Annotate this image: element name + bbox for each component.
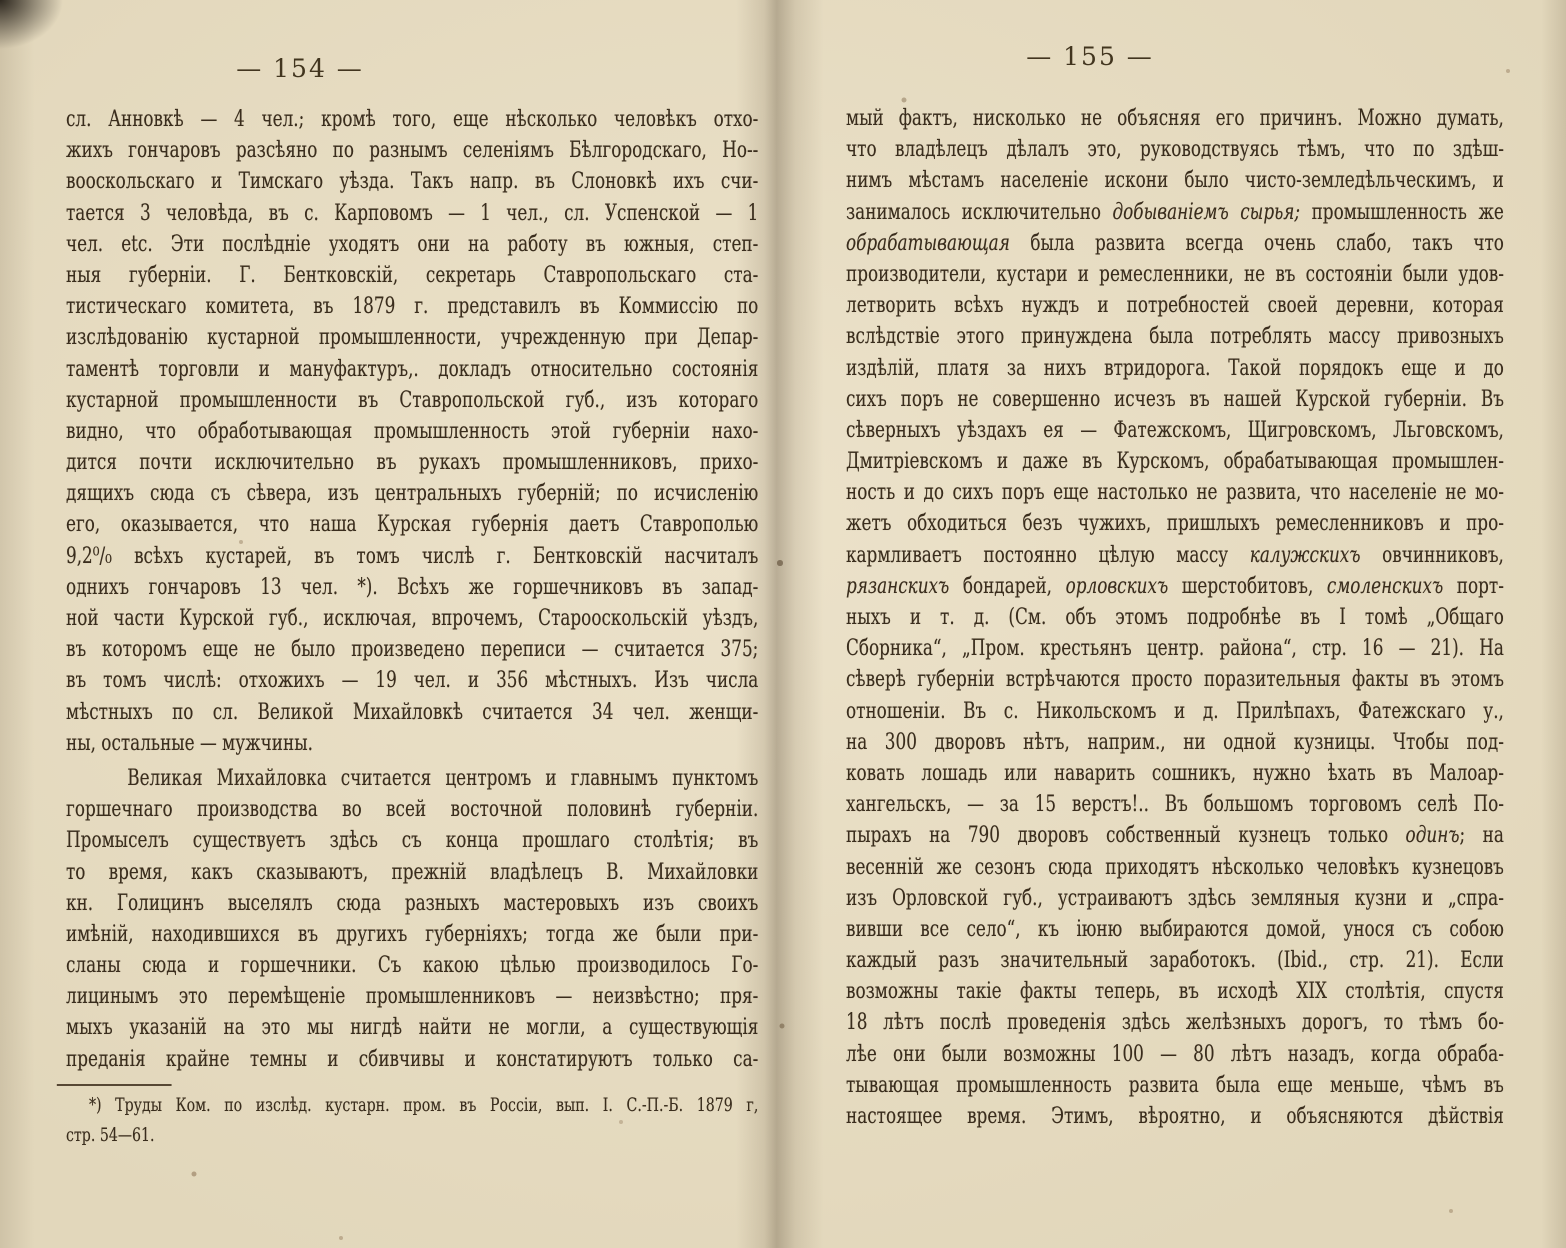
text-line: каждый разъ значительный заработокъ. (Ib… <box>846 945 1504 976</box>
text-line: лицинымъ это перемѣщеніе промышленниковъ… <box>66 981 758 1012</box>
italic-text: калужскихъ <box>1250 543 1361 568</box>
text-line: дится почти исключительно въ рукахъ пром… <box>66 447 758 478</box>
text-line: вслѣдствіе этого принуждена была потребл… <box>846 321 1504 352</box>
text-line: весенній же сезонъ сюда приходятъ нѣскол… <box>846 852 1504 883</box>
text-line: сихъ поръ не совершенно исчезъ въ нашей … <box>846 384 1504 415</box>
text-line: жетъ обходиться безъ чужихъ, пришлыхъ ре… <box>846 508 1504 539</box>
text-line: дящихъ сюда съ сѣвера, изъ центральныхъ … <box>66 478 758 509</box>
footnote-line: *) Труды Ком. по изслѣд. кустарн. пром. … <box>66 1091 758 1121</box>
text-line: кармливаетъ постоянно цѣлую массу калужс… <box>846 540 1504 571</box>
text-line: ковать лошадь или наварить сошникъ, нужн… <box>846 758 1504 789</box>
text-line: Дмитріевскомъ и даже въ Курскомъ, обраба… <box>846 446 1504 477</box>
text-line: ныхъ и т. д. (См. объ этомъ подробнѣе въ… <box>846 602 1504 633</box>
text-line: тывающая промышленность развита была еще… <box>846 1070 1504 1101</box>
paragraph: мый фактъ, нисколько не объясняя его при… <box>846 103 1504 1132</box>
text-line: Сборника“, „Пром. крестьянъ центр. район… <box>846 633 1504 664</box>
text-line: производители, кустари и ремесленники, н… <box>846 259 1504 290</box>
text-line: 9,2⁰/₀ всѣхъ кустарей, въ томъ числѣ г. … <box>66 541 758 572</box>
text-line: лѣе они были возможны 100 — 80 лѣтъ наза… <box>846 1039 1504 1070</box>
text-line: Промыселъ существуетъ здѣсь съ конца про… <box>66 825 758 856</box>
footnote-rule <box>57 1084 172 1086</box>
text-line: ной части Курской губ., исключая, впроче… <box>66 603 758 634</box>
text-line: мый фактъ, нисколько не объясняя его при… <box>846 103 1504 134</box>
text-line: рязанскихъ бондарей, орловскихъ шерстоби… <box>846 571 1504 602</box>
text-line: летворить всѣхъ нуждъ и потребностей сво… <box>846 290 1504 321</box>
text-line: ныя губерніи. Г. Бентковскій, секретарь … <box>66 260 758 291</box>
italic-text: обрабатывающая <box>846 231 1010 256</box>
text-line: вивши все село“, къ іюню выбираются домо… <box>846 914 1504 945</box>
text-line: его, оказывается, что наша Курская губер… <box>66 509 758 540</box>
text-line: сѣверѣ губерніи встрѣчаются просто пораз… <box>846 664 1504 695</box>
text-line: возможны такіе факты теперь, въ исходѣ X… <box>846 976 1504 1007</box>
text-line: настоящее время. Этимъ, вѣроятно, и объя… <box>846 1101 1504 1132</box>
italic-text: добываніемъ сырья; <box>1112 200 1300 225</box>
paragraph: Великая Михайловка считается центромъ и … <box>66 763 758 1075</box>
paper-specks <box>0 0 2 2</box>
italic-text: смоленскихъ <box>1327 574 1443 599</box>
text-line: жихъ гончаровъ разсѣяно по разнымъ селен… <box>66 135 758 166</box>
text-line: обрабатывающая была развита всегда очень… <box>846 228 1504 259</box>
text-line: хангельскъ, — за 15 верстъ!.. Въ большом… <box>846 789 1504 820</box>
text-line: отношеніи. Въ с. Никольскомъ и д. Прилѣп… <box>846 696 1504 727</box>
text-line: тается 3 человѣда, въ с. Карповомъ — 1 ч… <box>66 198 758 229</box>
text-line: чел. etc. Эти послѣдніе уходятъ они на р… <box>66 229 758 260</box>
text-line: вооскольскаго и Тимскаго уѣзда. Такъ нап… <box>66 166 758 197</box>
footnote-line: стр. 54—61. <box>66 1121 758 1151</box>
text-line: сл. Анновкѣ — 4 чел.; кромѣ того, еще нѣ… <box>66 104 758 135</box>
text-line: мыхъ указаній на это мы нигдѣ найти не м… <box>66 1012 758 1043</box>
text-line: сланы сюда и горшечники. Съ какою цѣлью … <box>66 950 758 981</box>
text-line: 18 лѣтъ послѣ проведенія здѣсь желѣзныхъ… <box>846 1007 1504 1038</box>
italic-text: рязанскихъ <box>846 574 949 599</box>
page-number-left: — 154 — <box>220 54 380 83</box>
italic-text: орловскихъ <box>1066 574 1169 599</box>
text-line: на 300 дворовъ нѣтъ, наприм., ни одной к… <box>846 727 1504 758</box>
text-line: изслѣдованію кустарной промышленности, у… <box>66 322 758 353</box>
text-line: пырахъ на 790 дворовъ собственный кузнец… <box>846 820 1504 851</box>
book-scan: { "paper": { "background": "#e7ddc4", "i… <box>0 0 1566 1248</box>
text-line: издѣлій, платя за нихъ втридорога. Такой… <box>846 353 1504 384</box>
text-line: имѣній, находившихся въ другихъ губернія… <box>66 919 758 950</box>
page-154-text-column: сл. Анновкѣ — 4 чел.; кромѣ того, еще нѣ… <box>66 104 758 1151</box>
text-line: что владѣлецъ дѣлалъ это, руководствуясь… <box>846 134 1504 165</box>
paragraph: сл. Анновкѣ — 4 чел.; кромѣ того, еще нѣ… <box>66 104 758 759</box>
text-line: сѣверныхъ уѣздахъ ея — Фатежскомъ, Щигро… <box>846 415 1504 446</box>
text-line: то время, какъ сказываютъ, прежній владѣ… <box>66 857 758 888</box>
italic-text: одинъ <box>1406 823 1460 848</box>
text-line: видно, что обработывающая промышленность… <box>66 416 758 447</box>
text-line: Великая Михайловка считается центромъ и … <box>66 763 758 794</box>
text-line: кн. Голицинъ выселялъ сюда разныхъ масте… <box>66 888 758 919</box>
text-line: преданія крайне темны и сбивчивы и конст… <box>66 1044 758 1075</box>
text-line: таментѣ торговли и мануфактуръ,. докладъ… <box>66 354 758 385</box>
text-line: въ которомъ еще не было произведено пере… <box>66 634 758 665</box>
text-line: мѣстныхъ по сл. Великой Михайловкѣ счита… <box>66 697 758 728</box>
text-line: занималось исключительно добываніемъ сыр… <box>846 197 1504 228</box>
page-number-right: — 155 — <box>1010 42 1170 71</box>
text-line: кустарной промышленности въ Ставропольск… <box>66 385 758 416</box>
text-line: изъ Орловской губ., устраиваютъ здѣсь зе… <box>846 883 1504 914</box>
text-line: въ томъ числѣ: отхожихъ — 19 чел. и 356 … <box>66 665 758 696</box>
text-line: горшечнаго производства во всей восточно… <box>66 794 758 825</box>
text-line: ность и до сихъ поръ еще настолько не ра… <box>846 477 1504 508</box>
page-155-text-column: мый фактъ, нисколько не объясняя его при… <box>846 103 1504 1132</box>
text-line: ны, остальные — мужчины. <box>66 728 758 759</box>
text-line: однихъ гончаровъ 13 чел. *). Всѣхъ же го… <box>66 572 758 603</box>
text-line: тистическаго комитета, въ 1879 г. предст… <box>66 291 758 322</box>
text-line: нимъ мѣстамъ населеніе искони было чисто… <box>846 165 1504 196</box>
